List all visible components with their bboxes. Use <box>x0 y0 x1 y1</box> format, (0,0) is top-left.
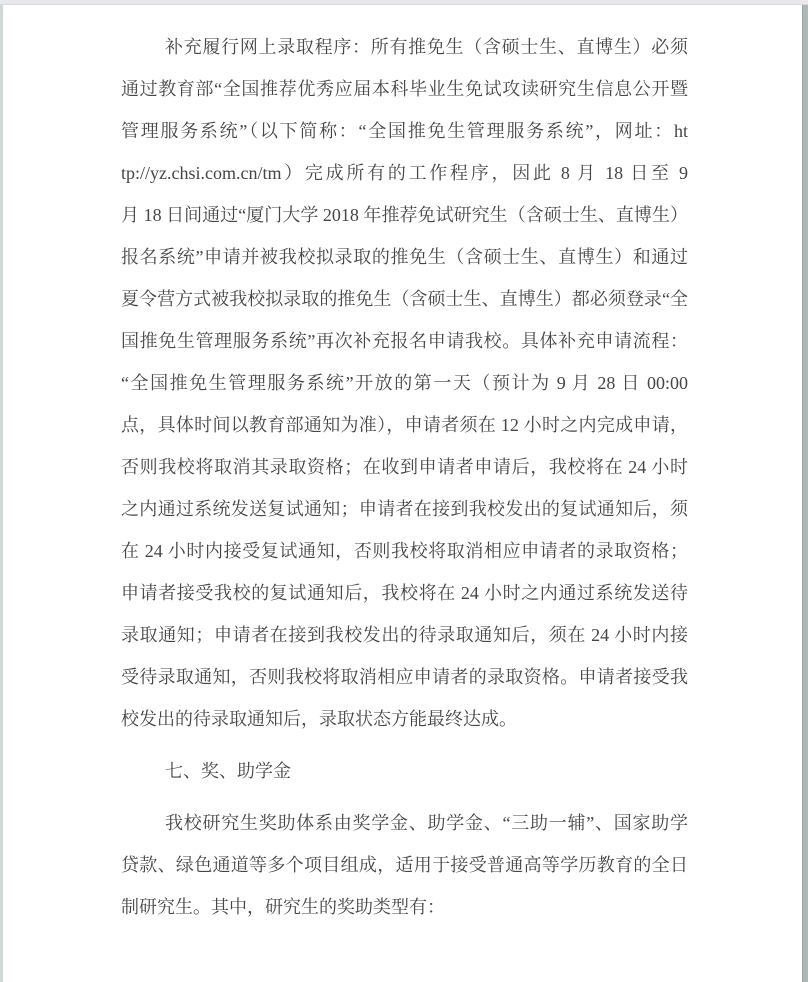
paragraph: 补充履行网上录取程序：所有推免生（含硕士生、直博生）必须通过教育部“全国推荐优秀… <box>121 26 688 740</box>
section-heading: 七、奖、助学金 <box>121 750 688 792</box>
text-line: 点，具体时间以教育部通知为准），申请者须在 12 小时之内完成申请， <box>121 404 688 446</box>
text-line: 月 18 日间通过“厦门大学 2018 年推荐免试研究生（含硕士生、直博生） <box>121 194 688 236</box>
text-line: 贷款、绿色通道等多个项目组成，适用于接受普通高等学历教育的全日 <box>121 844 688 886</box>
text-line: 申请者接受我校的复试通知后，我校将在 24 小时之内通过系统发送待 <box>121 572 688 614</box>
text-line: 国推免生管理服务系统”再次补充报名申请我校。具体补充申请流程： <box>121 320 688 362</box>
document-content: 补充履行网上录取程序：所有推免生（含硕士生、直博生）必须通过教育部“全国推荐优秀… <box>121 26 688 928</box>
text-line: tp://yz.chsi.com.cn/tm）完成所有的工作程序，因此 8 月 … <box>121 152 688 194</box>
text-line: “全国推免生管理服务系统”开放的第一天（预计为 9 月 28 日 00:00 <box>121 362 688 404</box>
text-line: 夏令营方式被我校拟录取的推免生（含硕士生、直博生）都必须登录“全 <box>121 278 688 320</box>
text-line: 制研究生。其中，研究生的奖助类型有： <box>121 886 688 928</box>
screenshot-root: { "page": { "background_color": "#ffffff… <box>0 0 808 982</box>
text-line: 报名系统”申请并被我校拟录取的推免生（含硕士生、直博生）和通过 <box>121 236 688 278</box>
document-page: 补充履行网上录取程序：所有推免生（含硕士生、直博生）必须通过教育部“全国推荐优秀… <box>3 5 802 982</box>
text-line: 在 24 小时内接受复试通知，否则我校将取消相应申请者的录取资格； <box>121 530 688 572</box>
text-line: 补充履行网上录取程序：所有推免生（含硕士生、直博生）必须 <box>121 26 688 68</box>
text-line: 通过教育部“全国推荐优秀应届本科毕业生免试攻读研究生信息公开暨 <box>121 68 688 110</box>
text-line: 之内通过系统发送复试通知；申请者在接到我校发出的复试通知后，须 <box>121 488 688 530</box>
text-line: 七、奖、助学金 <box>121 750 688 792</box>
text-line: 否则我校将取消其录取资格；在收到申请者申请后，我校将在 24 小时 <box>121 446 688 488</box>
text-line: 管理服务系统”（以下简称：“全国推免生管理服务系统”，网址：ht <box>121 110 688 152</box>
text-line: 录取通知；申请者在接到我校发出的待录取通知后，须在 24 小时内接 <box>121 614 688 656</box>
text-line: 受待录取通知，否则我校将取消相应申请者的录取资格。申请者接受我 <box>121 656 688 698</box>
paragraph: 我校研究生奖助体系由奖学金、助学金、“三助一辅”、国家助学贷款、绿色通道等多个项… <box>121 802 688 928</box>
text-line: 校发出的待录取通知后，录取状态方能最终达成。 <box>121 698 688 740</box>
page-edge-strip-right <box>802 5 808 982</box>
text-line: 我校研究生奖助体系由奖学金、助学金、“三助一辅”、国家助学 <box>121 802 688 844</box>
